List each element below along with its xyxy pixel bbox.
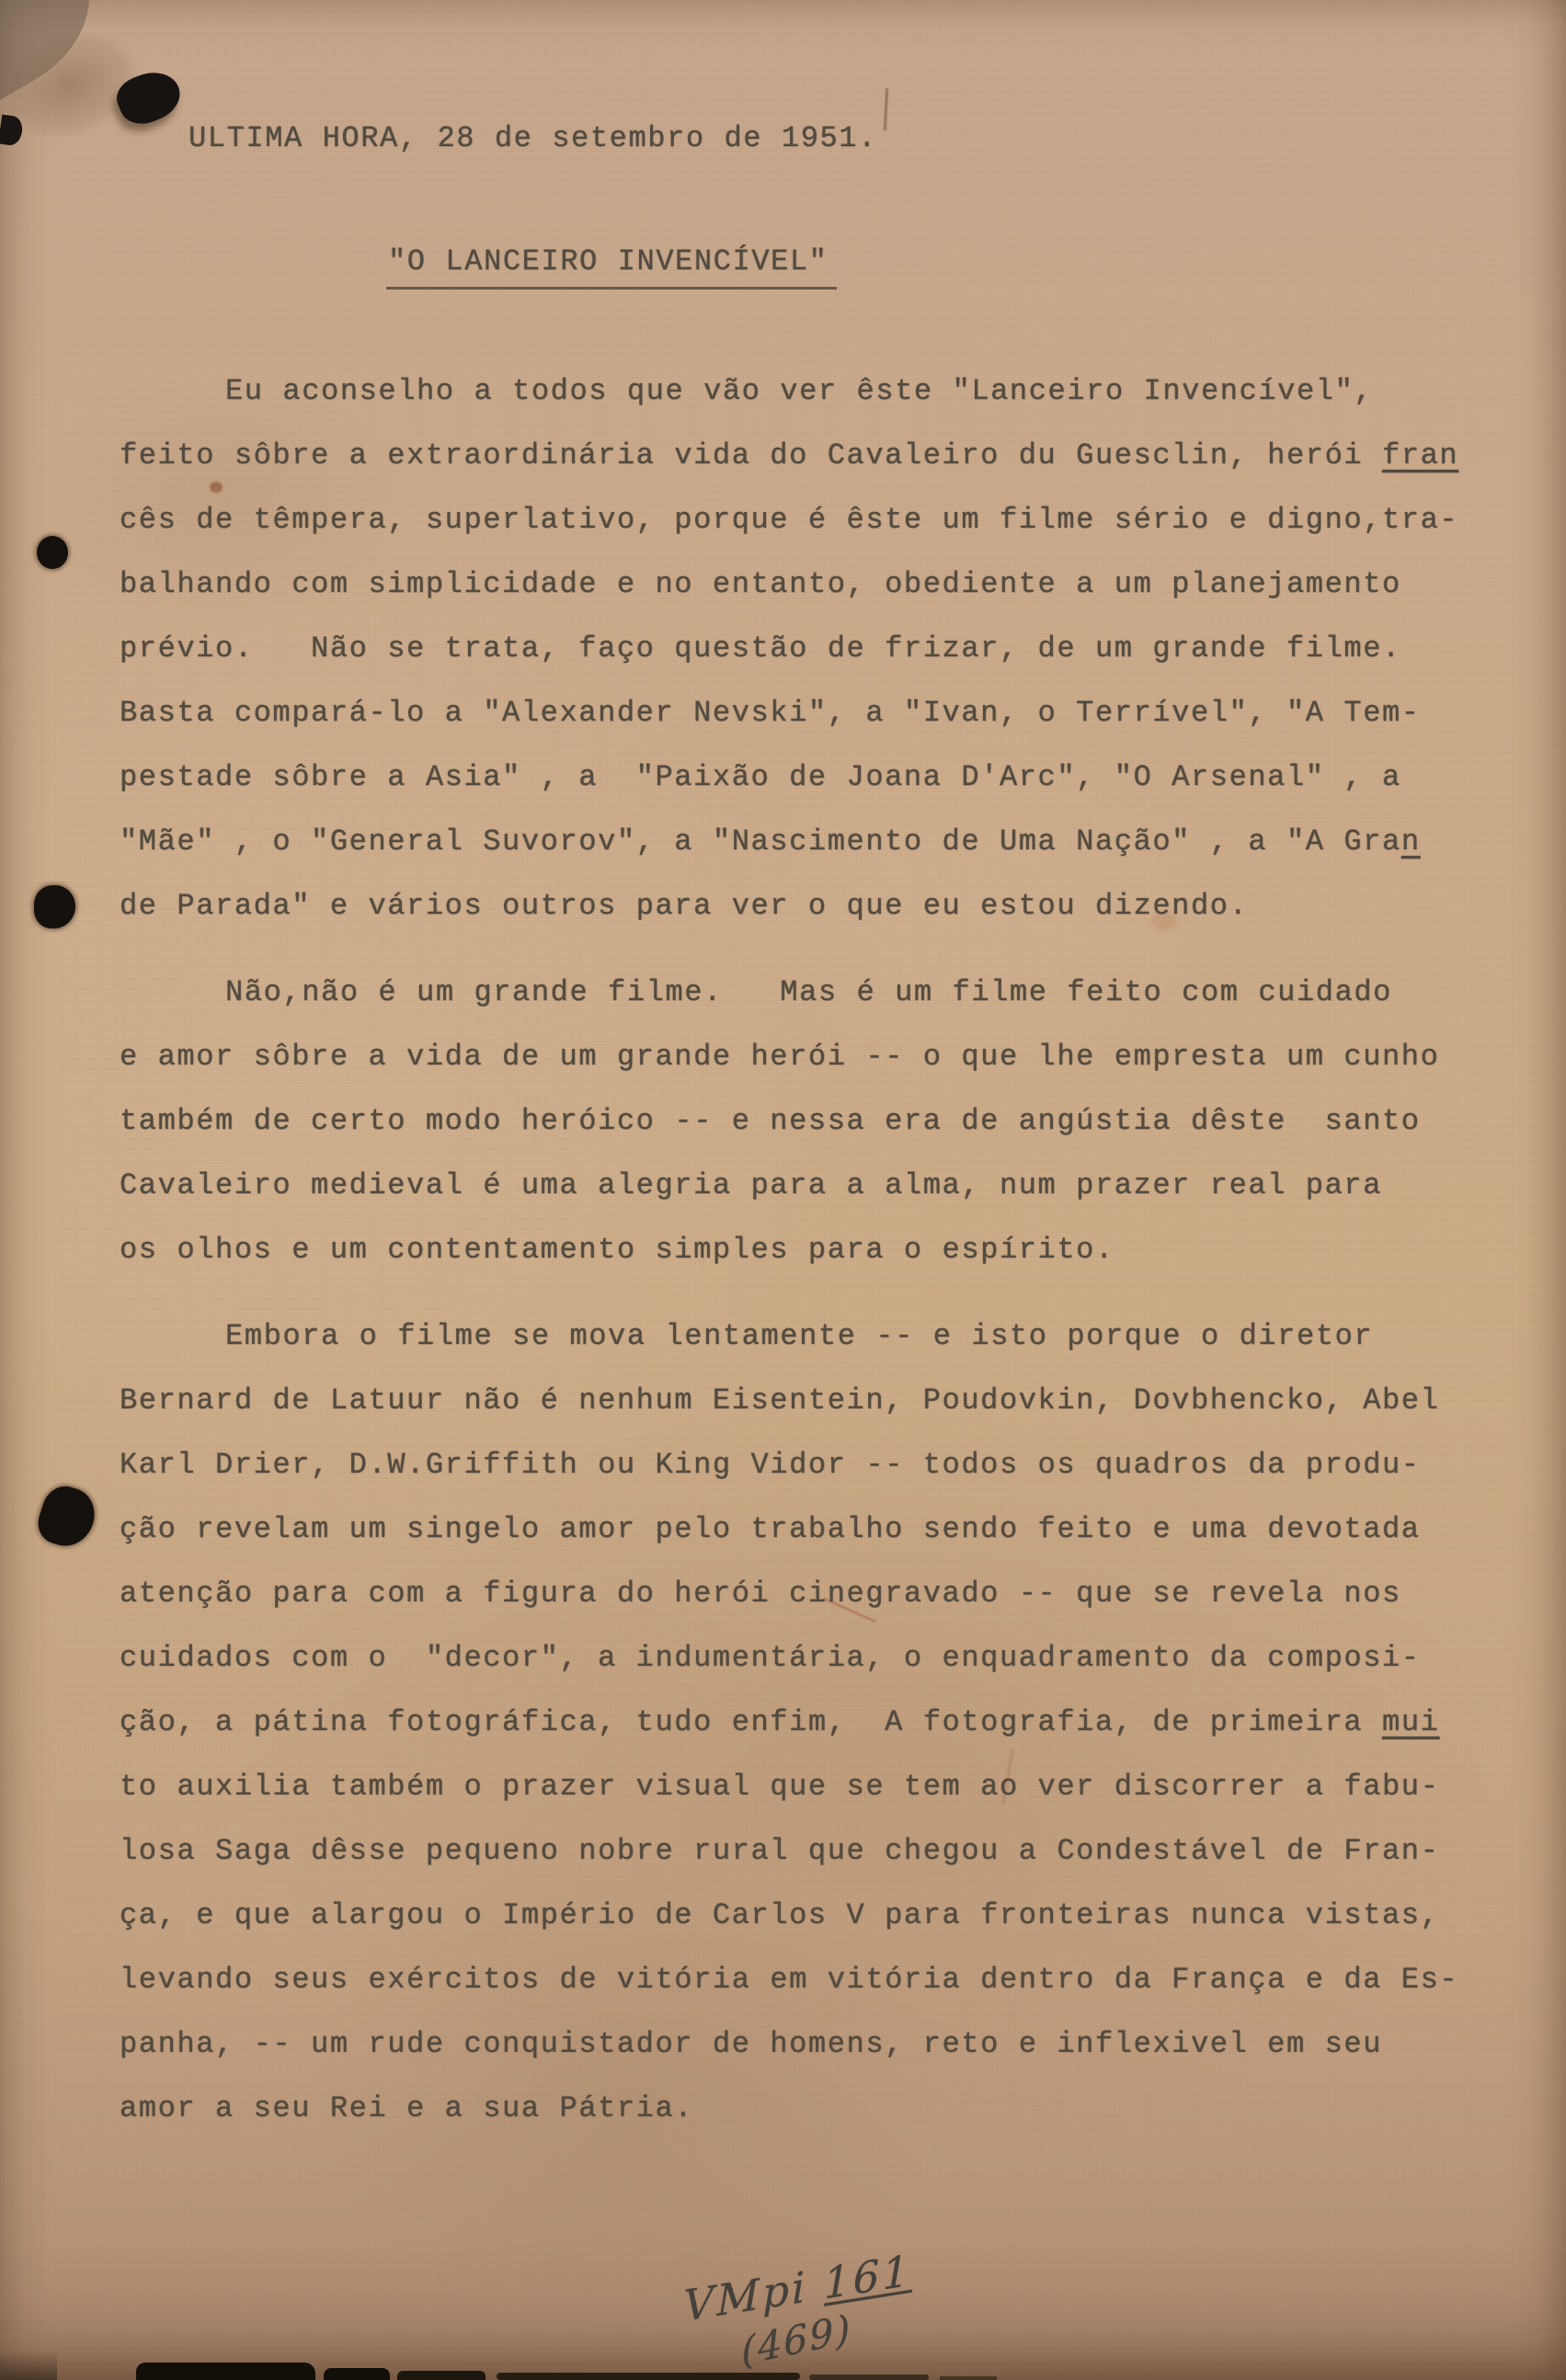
text-line: atenção para com a figura do herói cineg… — [120, 1562, 1499, 1626]
paragraph: Eu aconselho a todos que vão ver êste "L… — [120, 359, 1499, 939]
text-line: Bernard de Latuur não é nenhum Eisentein… — [120, 1369, 1499, 1433]
text-line: cuidados com o "decor", a indumentária, … — [120, 1626, 1499, 1691]
text-line: balhando com simplicidade e no entanto, … — [120, 552, 1499, 617]
text-line: cês de têmpera, superlativo, porque é ês… — [120, 488, 1499, 552]
text-line: Cavaleiro medieval é uma alegria para a … — [120, 1154, 1499, 1218]
text-line: Karl Drier, D.W.Griffith ou King Vidor -… — [120, 1433, 1499, 1497]
underlined-fragment: fran — [1382, 438, 1458, 473]
scan-edge-bottom — [324, 2368, 390, 2380]
text-line: os olhos e um contentamento simples para… — [120, 1218, 1499, 1282]
text-line: e amor sôbre a vida de um grande herói -… — [120, 1025, 1499, 1089]
text-line: "Mãe" , o "General Suvorov", a "Nascimen… — [120, 810, 1499, 874]
scan-edge-bottom — [136, 2363, 315, 2380]
scan-edge-bottom — [809, 2374, 929, 2380]
scanned-document-page: ULTIMA HORA, 28 de setembro de 1951. "O … — [0, 0, 1566, 2380]
underlined-fragment: n — [1401, 825, 1421, 859]
underlined-fragment: mui — [1382, 1705, 1439, 1739]
text-line: ça, e que alargou o Império de Carlos V … — [120, 1884, 1499, 1948]
text-line: Basta compará-lo a "Alexander Nevski", a… — [120, 681, 1499, 746]
document-header: ULTIMA HORA, 28 de setembro de 1951. — [189, 121, 877, 155]
text-line: Embora o filme se mova lentamente -- e i… — [120, 1304, 1499, 1369]
scan-edge-bottom — [397, 2371, 486, 2380]
text-line: prévio. Não se trata, faço questão de fr… — [120, 617, 1499, 681]
text-line: Eu aconselho a todos que vão ver êste "L… — [120, 359, 1499, 424]
punch-hole — [37, 536, 68, 569]
text-line: to auxilia também o prazer visual que se… — [120, 1755, 1499, 1819]
paper-crease — [884, 88, 888, 131]
text-line: de Parada" e vários outros para ver o qu… — [120, 874, 1499, 939]
scan-edge-bottom — [940, 2376, 997, 2380]
document-title: "O LANCEIRO INVENCÍVEL" — [386, 245, 837, 290]
text-line: levando seus exércitos de vitória em vit… — [120, 1948, 1499, 2012]
punch-hole — [34, 885, 75, 928]
text-line: panha, -- um rude conquistador de homens… — [120, 2012, 1499, 2077]
text-line: ção revelam um singelo amor pelo trabalh… — [120, 1497, 1499, 1562]
text-line: Não,não é um grande filme. Mas é um film… — [120, 961, 1499, 1025]
scan-edge-bottom — [0, 2352, 57, 2380]
paragraph: Não,não é um grande filme. Mas é um film… — [120, 961, 1499, 1282]
paragraph: Embora o filme se mova lentamente -- e i… — [120, 1304, 1499, 2141]
text-line: feito sôbre a extraordinária vida do Cav… — [120, 424, 1499, 488]
punch-hole — [33, 1481, 102, 1554]
text-line: também de certo modo heróico -- e nessa … — [120, 1089, 1499, 1154]
text-line: ção, a pátina fotográfica, tudo enfim, A… — [120, 1691, 1499, 1755]
text-line: pestade sôbre a Asia" , a "Paixão de Joa… — [120, 746, 1499, 810]
document-body: Eu aconselho a todos que vão ver êste "L… — [120, 359, 1499, 2163]
text-line: losa Saga dêsse pequeno nobre rural que … — [120, 1819, 1499, 1884]
handwritten-note: VMpi 161 (469) — [682, 2263, 913, 2356]
text-line: amor a seu Rei e a sua Pátria. — [120, 2077, 1499, 2141]
scan-edge-bottom — [497, 2373, 800, 2380]
